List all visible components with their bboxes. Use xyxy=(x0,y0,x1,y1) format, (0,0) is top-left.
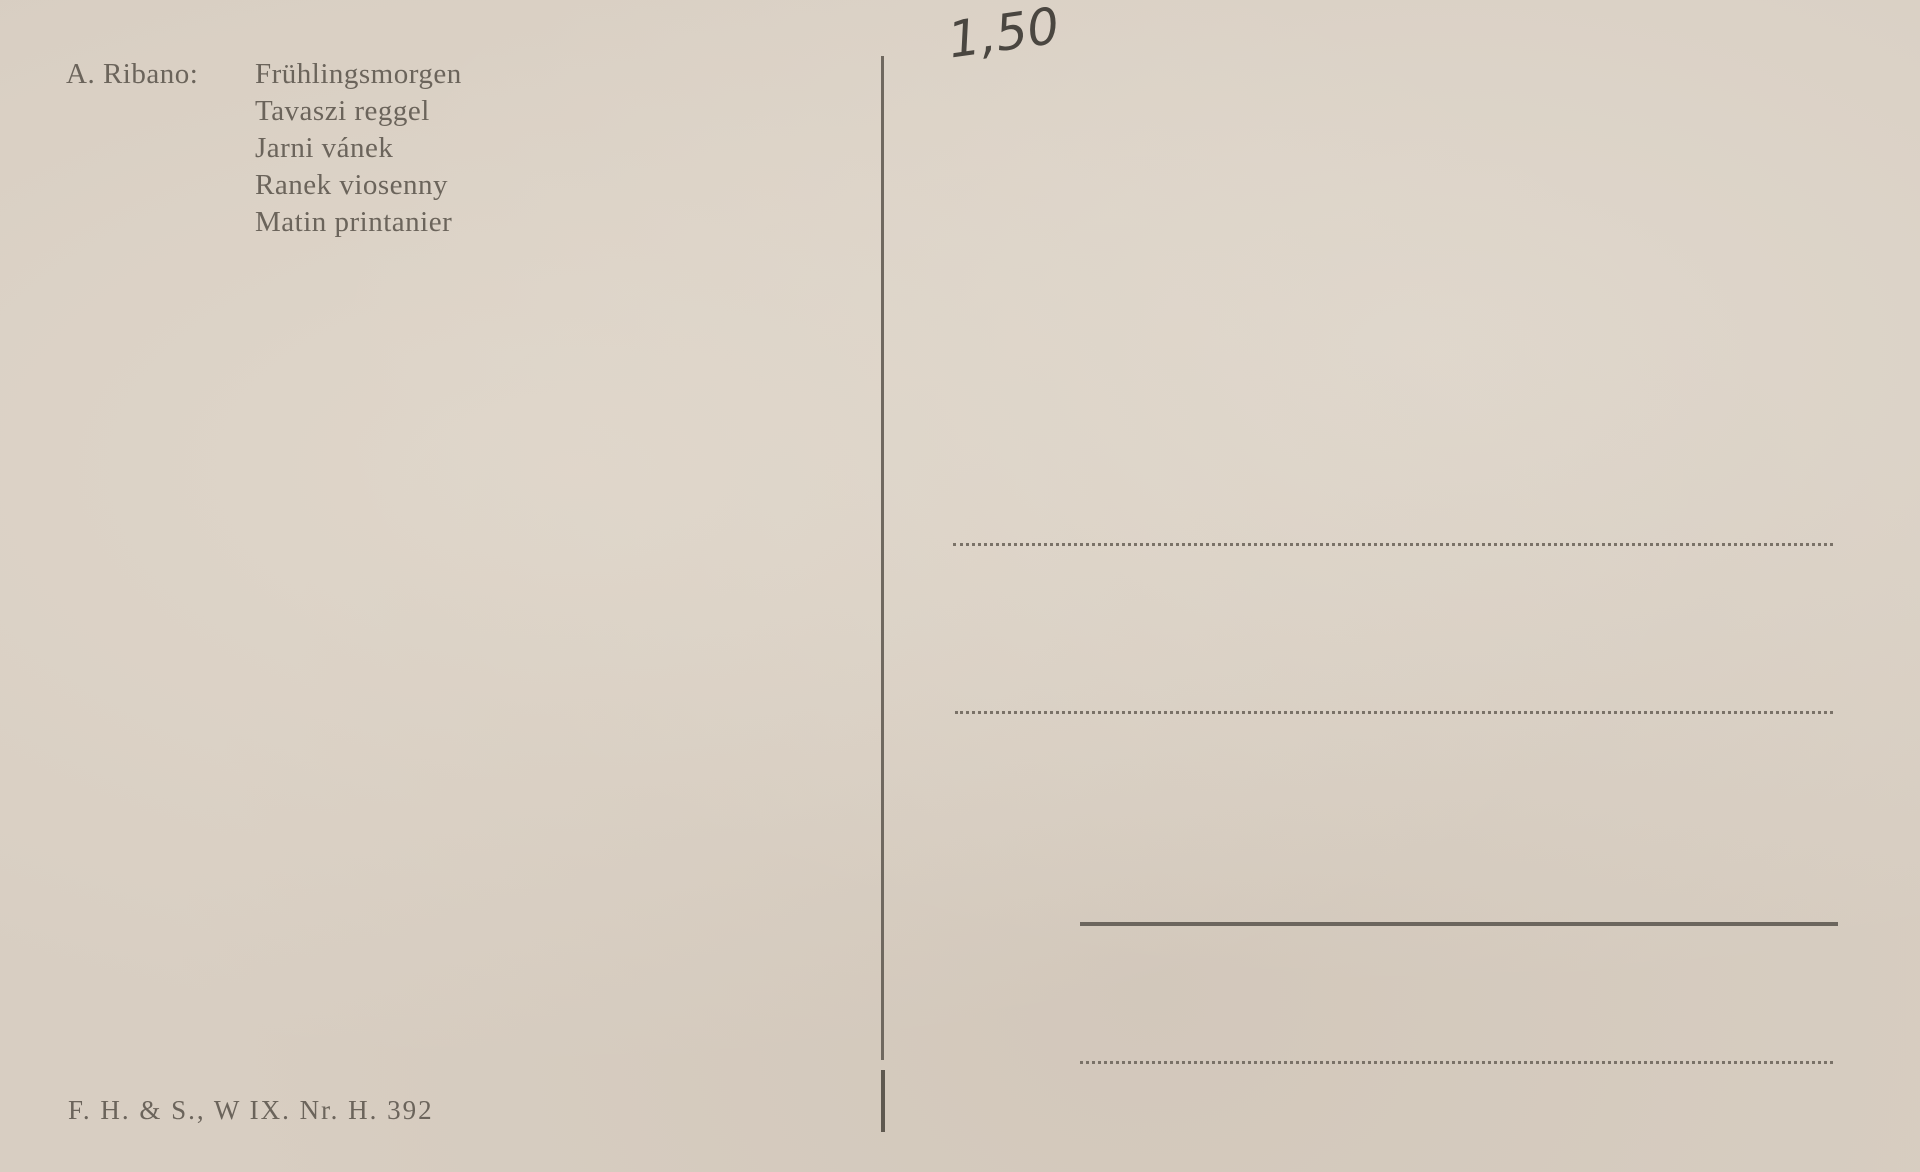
address-line-1 xyxy=(953,543,1833,546)
center-divider-line xyxy=(881,56,884,1060)
title-german: Frühlingsmorgen xyxy=(255,56,462,93)
address-line-4 xyxy=(1080,1061,1833,1064)
title-polish: Ranek viosenny xyxy=(255,167,462,204)
artwork-titles: Frühlingsmorgen Tavaszi reggel Jarni ván… xyxy=(255,56,462,241)
center-divider-bottom-segment xyxy=(881,1070,885,1132)
address-line-2 xyxy=(955,711,1833,714)
address-line-3-solid xyxy=(1080,922,1838,926)
title-french: Matin printanier xyxy=(255,204,462,241)
artist-name: A. Ribano: xyxy=(66,56,198,93)
title-hungarian: Tavaszi reggel xyxy=(255,93,462,130)
title-czech: Jarni vánek xyxy=(255,130,462,167)
publisher-imprint: F. H. & S., W IX. Nr. H. 392 xyxy=(68,1095,434,1126)
handwritten-price: 1,50 xyxy=(945,0,1063,69)
